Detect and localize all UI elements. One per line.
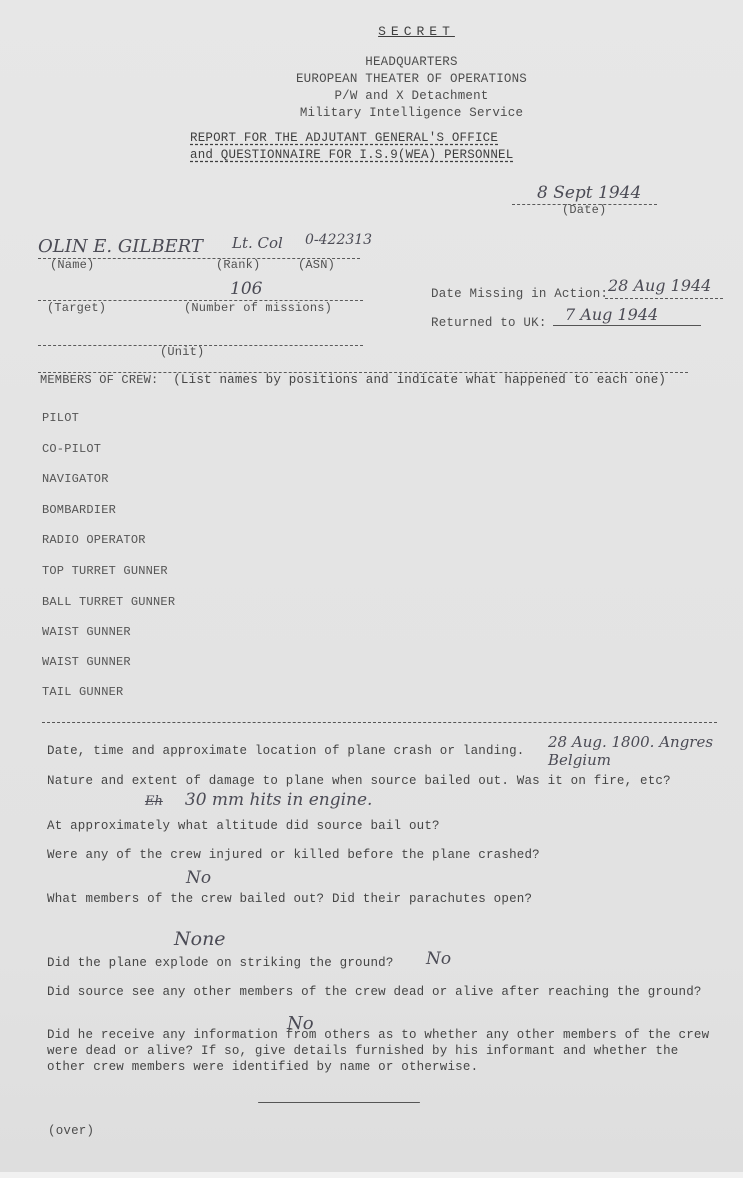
crew-position: BALL TURRET GUNNER: [42, 595, 175, 609]
answer-damage-text: 30 mm hits in engine.: [185, 790, 373, 810]
name-label: (Name): [50, 258, 94, 272]
crew-position: RADIO OPERATOR: [42, 533, 146, 547]
question-line: were dead or alive? If so, give details …: [47, 1043, 709, 1059]
answer-explode: No: [426, 949, 451, 969]
struck-text: Eh: [145, 794, 163, 809]
page-edge: [0, 1172, 743, 1178]
question-saw-crew: Did source see any other members of the …: [47, 985, 702, 999]
question-damage: Nature and extent of damage to plane whe…: [47, 774, 671, 788]
over-note: (over): [48, 1124, 94, 1138]
question-line: other crew members were identified by na…: [47, 1059, 709, 1075]
crew-position: TOP TURRET GUNNER: [42, 564, 168, 578]
name-value: OLIN E. GILBERT: [38, 236, 203, 257]
org-line: P/W and X Detachment: [40, 88, 743, 105]
report-title-line: and QUESTIONNAIRE FOR I.S.9(WEA) PERSONN…: [190, 147, 513, 164]
org-line: HEADQUARTERS: [40, 54, 743, 71]
returned-uk-line: [553, 325, 701, 326]
rank-label: (Rank): [216, 258, 260, 272]
question-crash-location: Date, time and approximate location of p…: [47, 744, 524, 758]
question-line: Did he receive any information from othe…: [47, 1027, 709, 1043]
target-label: (Target): [47, 301, 106, 315]
date-value: 8 Sept 1944: [537, 183, 641, 203]
document-page: SECRET HEADQUARTERS EUROPEAN THEATER OF …: [0, 0, 743, 1174]
signature-line: [258, 1102, 420, 1103]
returned-uk-value: 7 Aug 1944: [565, 305, 658, 324]
unit-label: (Unit): [160, 345, 204, 359]
crew-instruction: (List names by positions and indicate wh…: [173, 373, 666, 387]
date-missing-label: Date Missing in Action:: [431, 287, 608, 301]
answer-crash-location-text: 28 Aug. 1800. Angres Belgium: [548, 733, 723, 769]
question-information: Did he receive any information from othe…: [47, 1027, 709, 1075]
crew-position: BOMBARDIER: [42, 503, 116, 517]
crew-position: WAIST GUNNER: [42, 625, 131, 639]
asn-value: 0-422313: [305, 232, 372, 248]
answer-injured: No: [186, 868, 211, 888]
organization-header: HEADQUARTERS EUROPEAN THEATER OF OPERATI…: [0, 54, 743, 122]
question-injured: Were any of the crew injured or killed b…: [47, 848, 540, 862]
report-title: REPORT FOR THE ADJUTANT GENERAL'S OFFICE…: [190, 130, 513, 164]
question-altitude: At approximately what altitude did sourc…: [47, 819, 440, 833]
answer-damage: Eh30 mm hits in engine.: [145, 790, 372, 810]
crew-bottom-rule: [42, 722, 717, 723]
asn-label: (ASN): [298, 258, 335, 272]
org-line: EUROPEAN THEATER OF OPERATIONS: [40, 71, 743, 88]
crew-position: WAIST GUNNER: [42, 655, 131, 669]
date-missing-line: [605, 298, 723, 299]
date-missing-value: 28 Aug 1944: [608, 276, 711, 295]
crew-heading: MEMBERS OF CREW:: [40, 373, 158, 387]
answer-bailed-out: None: [174, 928, 226, 950]
crew-position: NAVIGATOR: [42, 472, 109, 486]
rank-value: Lt. Col: [232, 234, 283, 252]
crew-position: PILOT: [42, 411, 79, 425]
date-label: (Date): [562, 203, 606, 217]
question-bailed-out: What members of the crew bailed out? Did…: [47, 892, 532, 906]
crew-position: CO-PILOT: [42, 442, 101, 456]
crew-section-heading: MEMBERS OF CREW: (List names by position…: [40, 373, 666, 387]
missions-value: 106: [230, 279, 262, 299]
answer-crash-location: 28 Aug. 1800. Angres Belgium: [548, 733, 723, 769]
report-title-line: REPORT FOR THE ADJUTANT GENERAL'S OFFICE: [190, 130, 513, 147]
missions-label: (Number of missions): [184, 301, 332, 315]
crew-position: TAIL GUNNER: [42, 685, 123, 699]
org-line: Military Intelligence Service: [40, 105, 743, 122]
classification-marking: SECRET: [0, 24, 743, 39]
returned-uk-label: Returned to UK:: [431, 316, 547, 330]
question-explode: Did the plane explode on striking the gr…: [47, 956, 394, 970]
